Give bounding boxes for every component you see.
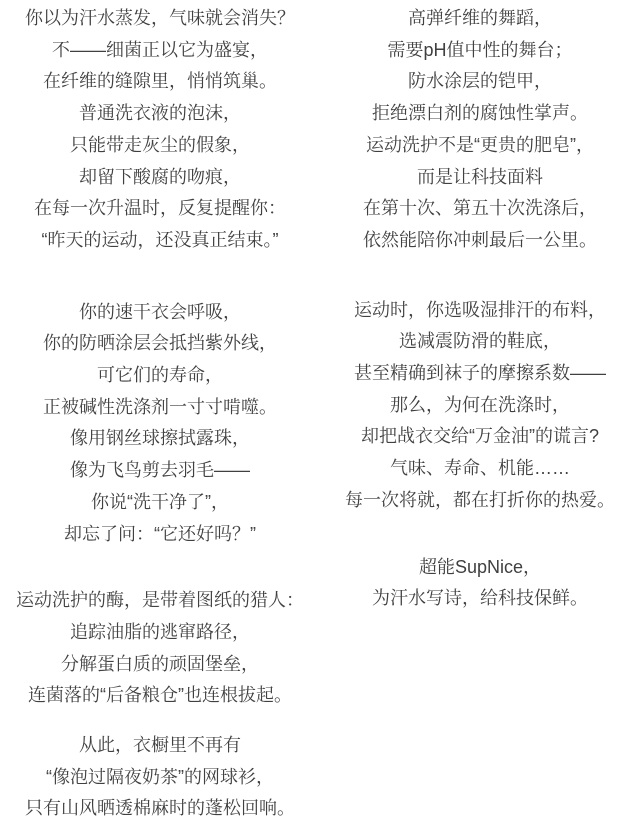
poem-line: 气味、寿命、机能…… bbox=[320, 453, 640, 485]
stanza-right-1: 高弹纤维的舞蹈，需要pH值中性的舞台；防水涂层的铠甲，拒绝漂白剂的腐蚀性掌声。运… bbox=[320, 3, 640, 257]
poem-line: 那么，为何在洗涤时， bbox=[320, 390, 640, 422]
poem-line: 你的防晒涂层会抵挡紫外线， bbox=[0, 328, 320, 360]
poem-line: 拒绝漂白剂的腐蚀性掌声。 bbox=[320, 98, 640, 130]
poem-line: 从此，衣橱里不再有 bbox=[0, 730, 320, 762]
poem-line: “昨天的运动，还没真正结束。” bbox=[0, 225, 320, 257]
poem-line: 运动时，你选吸湿排汗的布料， bbox=[320, 295, 640, 327]
poem-line: 可它们的寿命， bbox=[0, 360, 320, 392]
poem-column-left: 你以为汗水蒸发，气味就会消失？不——细菌正以它为盛宴，在纤维的缝隙里，悄悄筑巢。… bbox=[0, 3, 320, 825]
poem-line: 依然能陪你冲刺最后一公里。 bbox=[320, 225, 640, 257]
stanza-left-2: 你的速干衣会呼吸，你的防晒涂层会抵挡紫外线，可它们的寿命，正被碱性洗涤剂一寸寸啃… bbox=[0, 297, 320, 551]
poem-line: 在每一次升温时，反复提醒你： bbox=[0, 193, 320, 225]
poem-line: “像泡过隔夜奶茶”的网球衫， bbox=[0, 762, 320, 794]
poem-line: 甚至精确到袜子的摩擦系数—— bbox=[320, 358, 640, 390]
poem-line: 每一次将就，都在打折你的热爱。 bbox=[320, 485, 640, 517]
poem-line: 不——细菌正以它为盛宴， bbox=[0, 35, 320, 67]
stanza-right-3: 超能SupNice，为汗水写诗，给科技保鲜。 bbox=[320, 552, 640, 615]
poem-line: 你的速干衣会呼吸， bbox=[0, 297, 320, 329]
poem-line: 只有山风晒透棉麻时的蓬松回响。 bbox=[0, 793, 320, 825]
poem-line: 却忘了问：“它还好吗？” bbox=[0, 519, 320, 551]
poem-line: 像用钢丝球擦拭露珠， bbox=[0, 423, 320, 455]
stanza-left-3: 运动洗护的酶，是带着图纸的猎人：追踪油脂的逃窜路径，分解蛋白质的顽固堡垒，连菌落… bbox=[0, 585, 320, 712]
poem-line: 而是让科技面料 bbox=[320, 162, 640, 194]
poem-line: 运动洗护不是“更贵的肥皂”， bbox=[320, 130, 640, 162]
poem-line: 为汗水写诗，给科技保鲜。 bbox=[320, 583, 640, 615]
stanza-right-2: 运动时，你选吸湿排汗的布料，选减震防滑的鞋底，甚至精确到袜子的摩擦系数——那么，… bbox=[320, 295, 640, 517]
poem-line: 普通洗衣液的泡沫， bbox=[0, 98, 320, 130]
poem-line: 正被碱性洗涤剂一寸寸啃噬。 bbox=[0, 392, 320, 424]
poem-line: 高弹纤维的舞蹈， bbox=[320, 3, 640, 35]
poem-page: 你以为汗水蒸发，气味就会消失？不——细菌正以它为盛宴，在纤维的缝隙里，悄悄筑巢。… bbox=[0, 0, 640, 826]
poem-line: 在第十次、第五十次洗涤后， bbox=[320, 193, 640, 225]
poem-line: 超能SupNice， bbox=[320, 552, 640, 584]
poem-column-right: 高弹纤维的舞蹈，需要pH值中性的舞台；防水涂层的铠甲，拒绝漂白剂的腐蚀性掌声。运… bbox=[320, 3, 640, 615]
poem-line: 你以为汗水蒸发，气味就会消失？ bbox=[0, 3, 320, 35]
poem-line: 你说“洗干净了”， bbox=[0, 487, 320, 519]
poem-line: 像为飞鸟剪去羽毛—— bbox=[0, 455, 320, 487]
poem-line: 追踪油脂的逃窜路径， bbox=[0, 617, 320, 649]
poem-line: 连菌落的“后备粮仓”也连根拔起。 bbox=[0, 680, 320, 712]
poem-line: 却把战衣交给“万金油”的谎言? bbox=[320, 421, 640, 453]
poem-line: 在纤维的缝隙里，悄悄筑巢。 bbox=[0, 66, 320, 98]
poem-line: 需要pH值中性的舞台； bbox=[320, 35, 640, 67]
poem-line: 分解蛋白质的顽固堡垒， bbox=[0, 649, 320, 681]
stanza-left-1: 你以为汗水蒸发，气味就会消失？不——细菌正以它为盛宴，在纤维的缝隙里，悄悄筑巢。… bbox=[0, 3, 320, 257]
stanza-left-4: 从此，衣橱里不再有“像泡过隔夜奶茶”的网球衫，只有山风晒透棉麻时的蓬松回响。 bbox=[0, 730, 320, 825]
poem-line: 运动洗护的酶，是带着图纸的猎人： bbox=[0, 585, 320, 617]
poem-line: 防水涂层的铠甲， bbox=[320, 66, 640, 98]
poem-line: 只能带走灰尘的假象， bbox=[0, 130, 320, 162]
poem-line: 却留下酸腐的吻痕， bbox=[0, 162, 320, 194]
poem-line: 选减震防滑的鞋底， bbox=[320, 326, 640, 358]
